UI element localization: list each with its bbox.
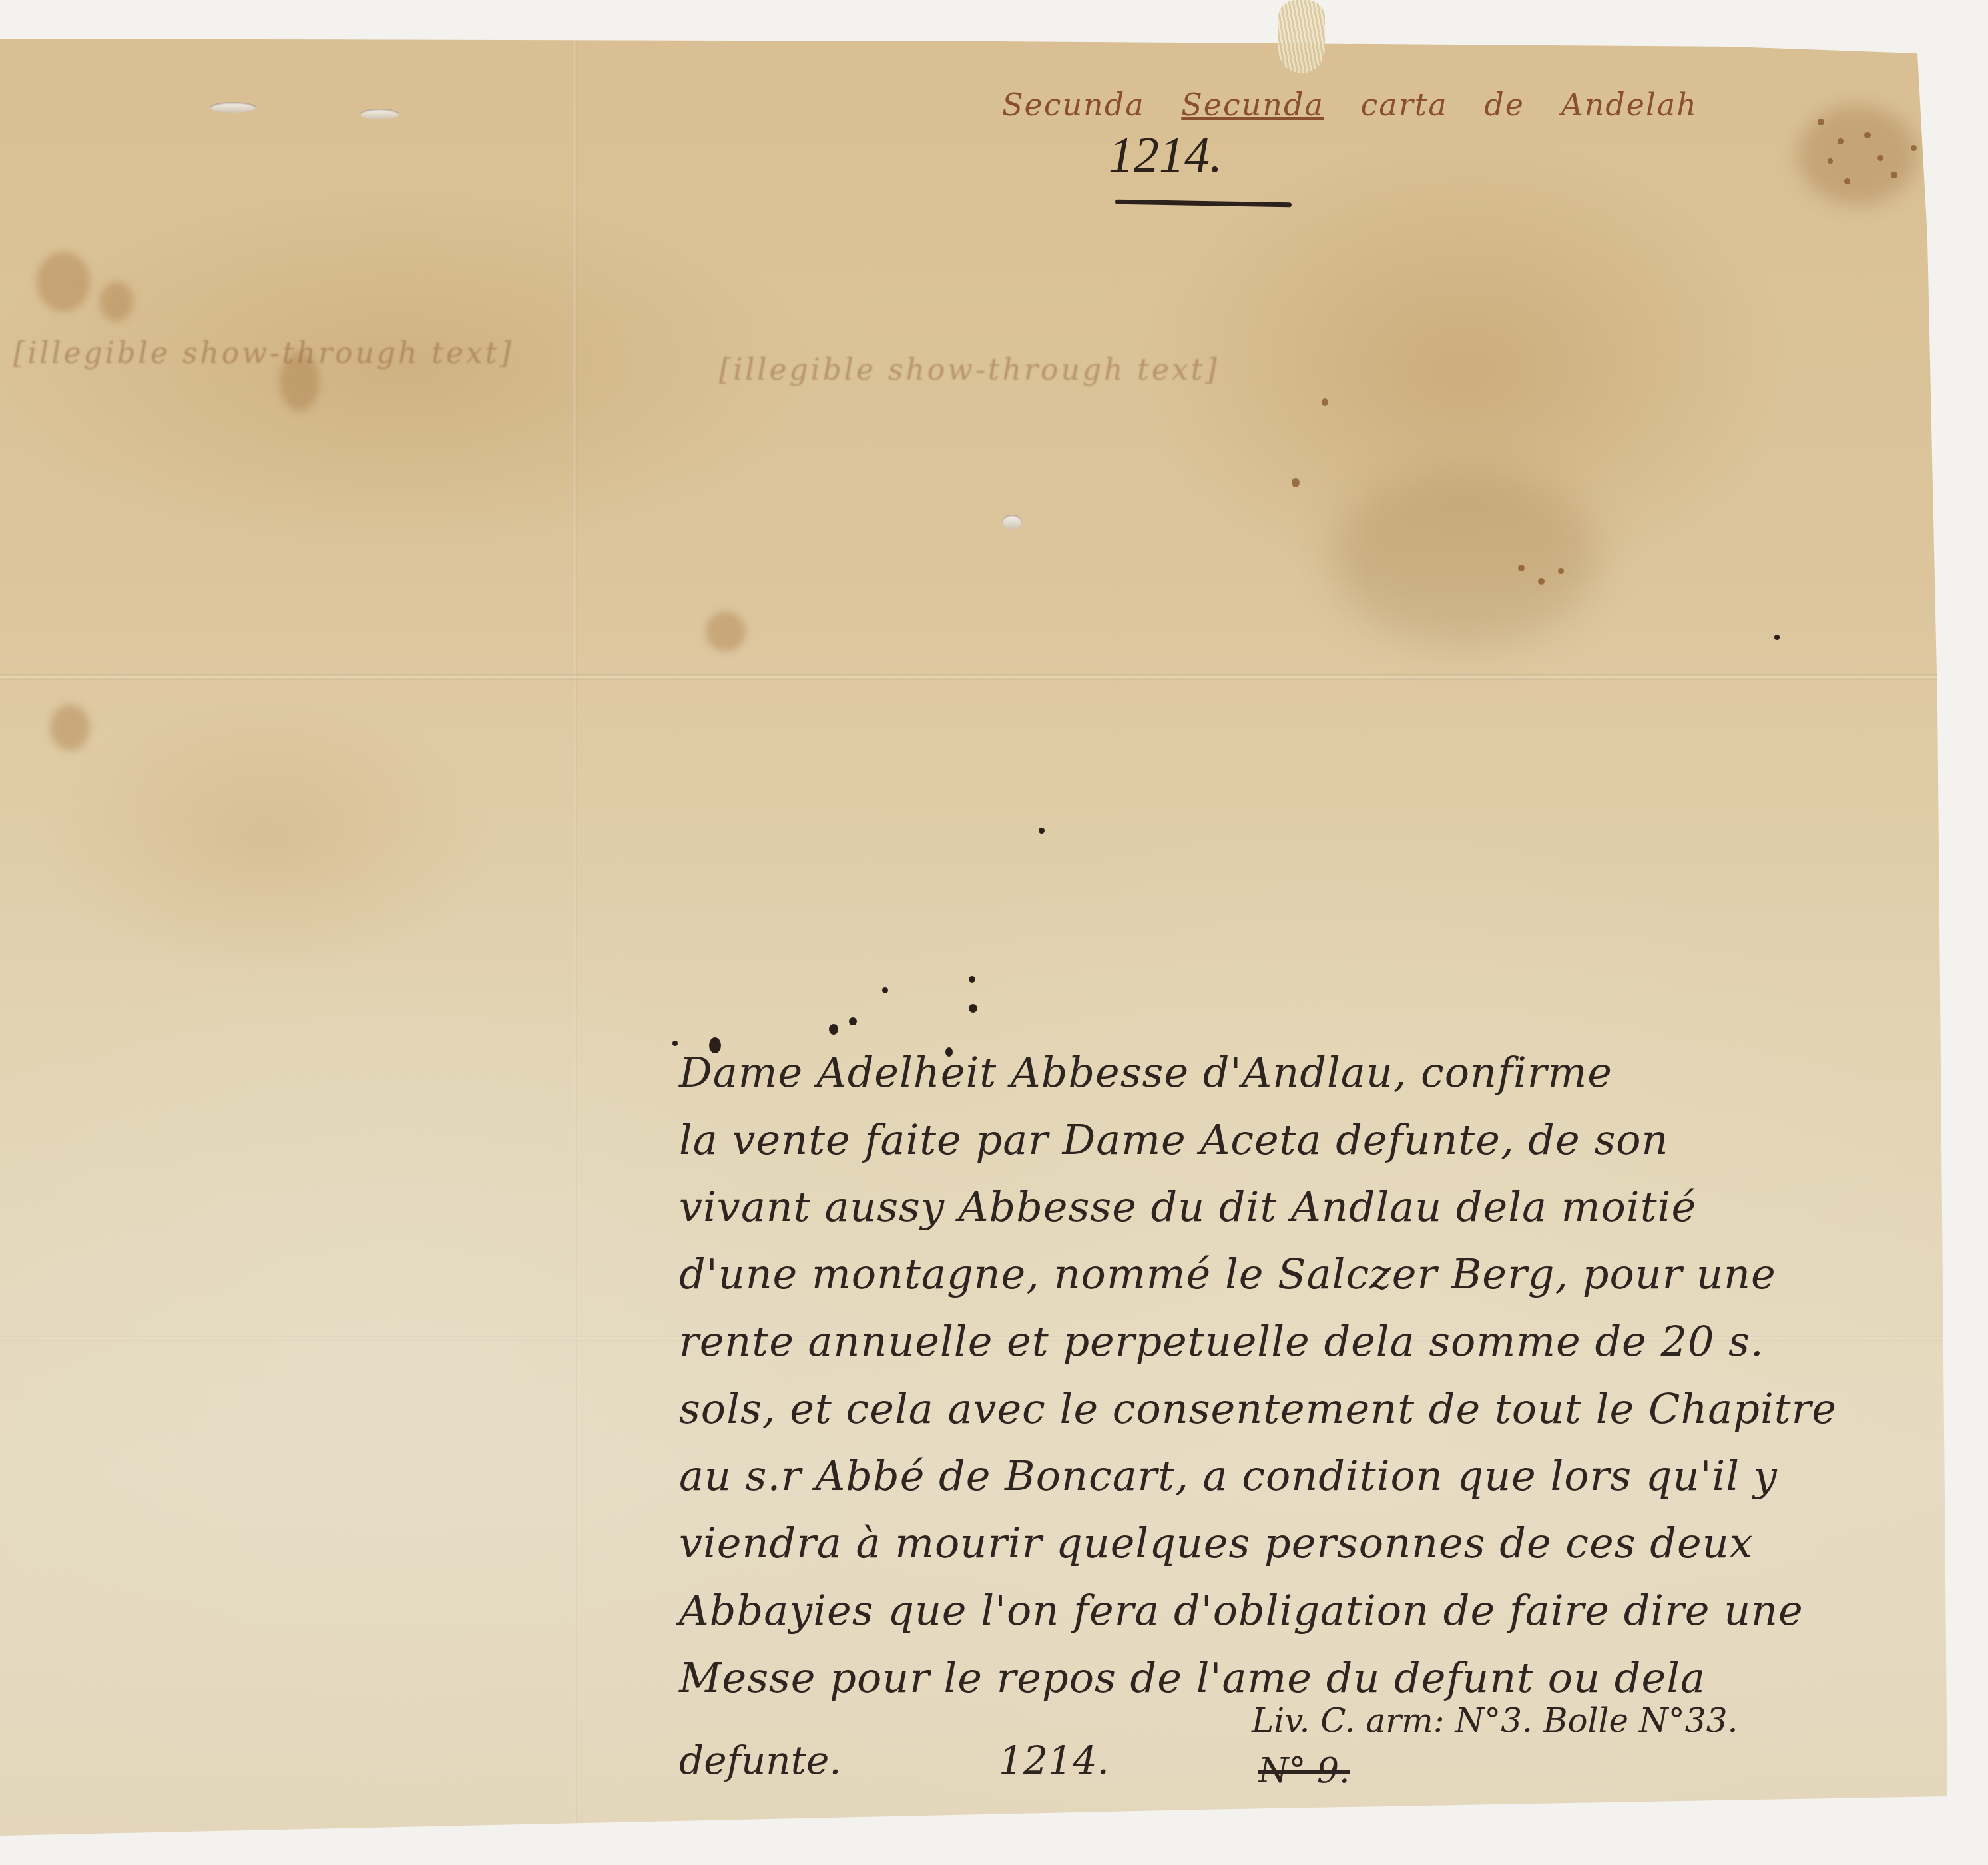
ink-spatter (969, 1004, 977, 1013)
ink-spatter (882, 987, 888, 993)
endorsement-word: de (1484, 87, 1525, 123)
speckle (1558, 568, 1564, 574)
summary-line: viendra à mourir quelques personnes de c… (679, 1509, 1931, 1577)
binding-slit (210, 102, 256, 113)
binding-slit (360, 109, 399, 119)
summary-line: au s.r Abbé de Boncart, a condition que … (679, 1442, 1931, 1509)
summary-line: d'une montagne, nommé le Salczer Berg, p… (679, 1240, 1931, 1308)
seal-string-remnant (1278, 0, 1325, 73)
ink-spatter (672, 1041, 678, 1046)
water-stain (100, 282, 133, 322)
speckle (1538, 578, 1545, 585)
endorsement-word: Secunda (1181, 87, 1324, 123)
final-line: defunte. 1214. N° 9. (679, 1738, 842, 1783)
water-stain (1332, 471, 1598, 645)
summary-line: rente annuelle et perpetuelle dela somme… (679, 1308, 1931, 1375)
medieval-endorsement: Secunda Secunda carta de Andelah (1002, 87, 1723, 123)
summary-line: sols, et cela avec le consentement de to… (679, 1375, 1931, 1442)
faded-medieval-text: [illegible show-through text] (13, 336, 514, 370)
endorsement-word: carta (1361, 87, 1448, 123)
speckle (1518, 565, 1525, 571)
speckle (1877, 155, 1883, 161)
speckle (1911, 145, 1917, 151)
water-stain (50, 704, 90, 751)
struck-reference: N° 9. (1258, 1751, 1350, 1791)
summary-line: vivant aussy Abbesse du dit Andlau dela … (679, 1173, 1931, 1240)
ink-spatter (829, 1024, 838, 1035)
speckle (1838, 138, 1844, 144)
water-stain (1798, 105, 1917, 205)
ink-spatter (969, 976, 975, 983)
ink-spatter (1039, 828, 1045, 834)
ink-spatter (849, 1017, 857, 1025)
horizontal-fold-crease (0, 674, 1947, 680)
header-year: 1214. (1109, 127, 1222, 184)
summary-date: 1214. (999, 1738, 1109, 1783)
archival-summary: Dame Adelheit Abbesse d'Andlau, confirme… (679, 1039, 1931, 1711)
endorsement-word: Secunda (1002, 87, 1145, 123)
speckle (1818, 119, 1824, 125)
speckle (1891, 172, 1897, 178)
speckle (1292, 478, 1300, 487)
summary-line: la vente faite par Dame Aceta defunte, d… (679, 1106, 1931, 1173)
archival-reference: Liv. C. arm: N°3. Bolle N°33. (1252, 1701, 1738, 1740)
small-hole (1002, 515, 1022, 529)
speckle (1864, 132, 1871, 138)
speckle (1844, 178, 1850, 184)
ink-spatter (1774, 635, 1780, 640)
faded-medieval-text: [illegible show-through text] (719, 353, 1220, 387)
vertical-fold-crease (573, 39, 577, 1836)
speckle (1322, 398, 1328, 406)
summary-line: Abbayies que l'on fera d'obligation de f… (679, 1577, 1931, 1644)
speckle (1828, 158, 1833, 164)
summary-line: Dame Adelheit Abbesse d'Andlau, confirme (679, 1039, 1931, 1106)
endorsement-word: Andelah (1561, 87, 1698, 123)
final-word: defunte. (679, 1738, 842, 1783)
water-stain (37, 252, 90, 312)
water-stain (706, 611, 746, 651)
